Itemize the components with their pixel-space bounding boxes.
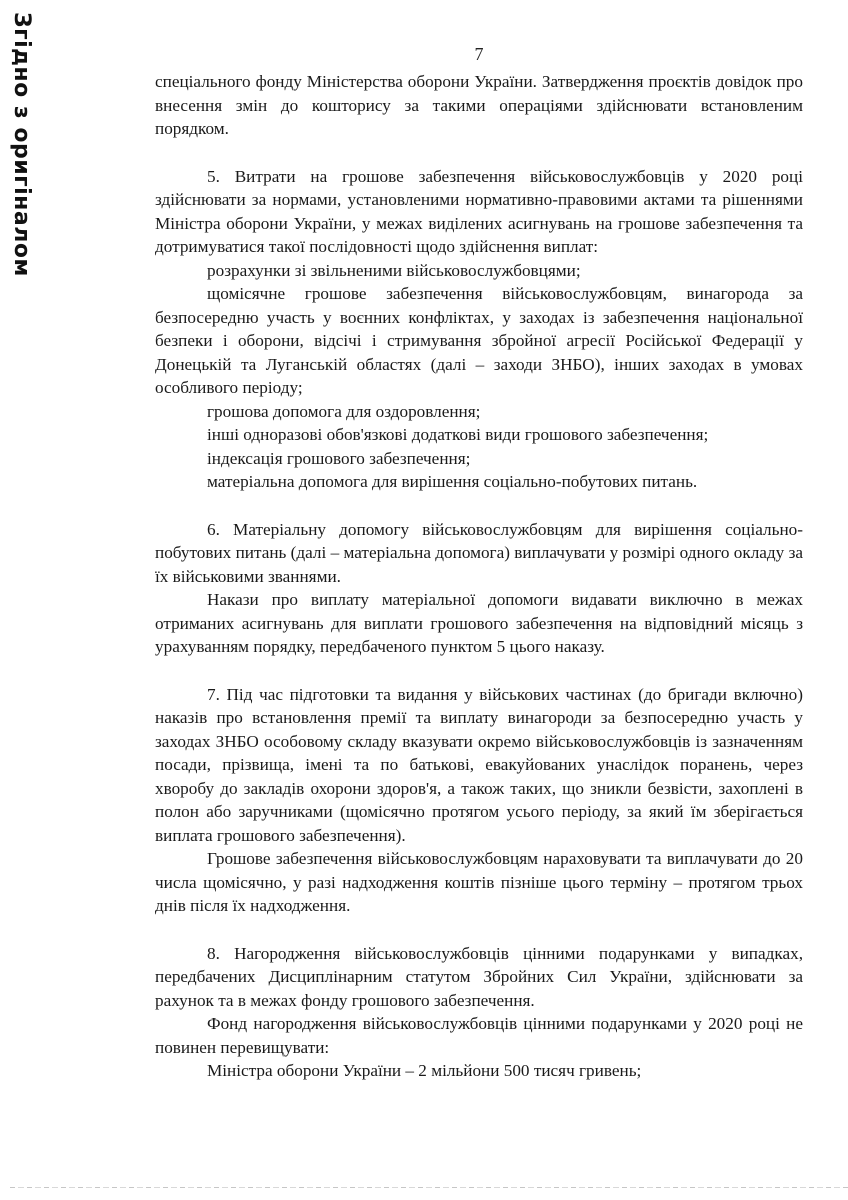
paragraph-8-minister: Міністра оборони України – 2 мільйони 50… — [155, 1059, 803, 1083]
spacer — [155, 494, 803, 518]
paragraph-8-fund: Фонд нагородження військовослужбовців ці… — [155, 1012, 803, 1059]
paragraph-6: 6. Матеріальну допомогу військовослужбов… — [155, 518, 803, 589]
list-item: матеріальна допомога для вирішення соціа… — [155, 470, 803, 494]
document-body: спеціального фонду Міністерства оборони … — [155, 70, 803, 1083]
paragraph-continuation: спеціального фонду Міністерства оборони … — [155, 70, 803, 141]
paragraph-6-orders: Накази про виплату матеріальної допомоги… — [155, 588, 803, 659]
paragraph-7: 7. Під час підготовки та видання у війсь… — [155, 683, 803, 848]
spacer — [155, 918, 803, 942]
paragraph-8: 8. Нагородження військовослужбовців цінн… — [155, 942, 803, 1013]
paragraph-5: 5. Витрати на грошове забезпечення війсь… — [155, 165, 803, 259]
list-item: розрахунки зі звільненими військовослужб… — [155, 259, 803, 283]
spacer — [155, 659, 803, 683]
scan-artifact-line — [10, 1187, 848, 1188]
list-item: грошова допомога для оздоровлення; — [155, 400, 803, 424]
page-number: 7 — [0, 44, 848, 65]
list-item: щомісячне грошове забезпечення військово… — [155, 282, 803, 400]
list-item: інші одноразові обов'язкові додаткові ви… — [155, 423, 803, 447]
paragraph-7-payment: Грошове забезпечення військовослужбовцям… — [155, 847, 803, 918]
spacer — [155, 141, 803, 165]
list-item: індексація грошового забезпечення; — [155, 447, 803, 471]
